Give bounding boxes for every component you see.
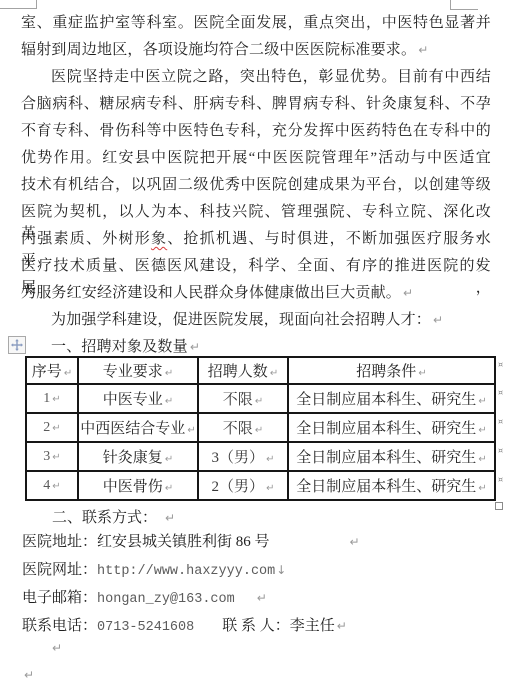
email-label: 电子邮箱： [22, 590, 97, 606]
pilcrow-mark: ↵ [270, 368, 278, 379]
person-value: 李主任 [290, 618, 335, 634]
pilcrow-mark: ↵ [433, 313, 443, 327]
body-line: 为服务红安经济建设和人民群众身体健康做出巨大贡献。↵ [21, 282, 491, 304]
address-value: 红安县城关镇胜利街 86 号 [97, 534, 270, 550]
pilcrow-mark: ↵ [478, 483, 486, 494]
cell-major: 针灸康复↵ [78, 442, 198, 471]
pilcrow-mark: ↵ [418, 43, 428, 57]
pilcrow-mark: ↵ [52, 394, 60, 405]
cell-count: 2（男）↵ [198, 471, 288, 500]
cell-condition: 全日制应届本科生、研究生↵ [288, 413, 495, 442]
pilcrow-mark: ↵ [257, 591, 267, 605]
pilcrow-mark: ↵ [187, 425, 195, 436]
pilcrow-mark: ↵ [165, 368, 173, 379]
header-cell-condition: 招聘条件↵ [288, 357, 495, 384]
table-row: 1↵ 中医专业↵ 不限↵ 全日制应届本科生、研究生↵ [26, 384, 495, 413]
pilcrow-mark: ↵ [418, 368, 426, 379]
pilcrow-mark: ↵ [64, 368, 72, 379]
move-arrows-icon [11, 339, 23, 351]
cell-number: 4↵ [26, 471, 78, 500]
body-line: 合脑病科、糖尿病专科、肝病专科、脾胃病专科、针灸康复科、不孕 [21, 93, 491, 115]
cell-count: 3（男）↵ [198, 442, 288, 471]
spellcheck-underlined-text: 象 [151, 231, 167, 247]
pilcrow-mark: ↵ [266, 454, 274, 465]
body-line: 技术有机结合，以巩固二级优秀中医院创建成果为平台，以创建等级 [21, 174, 491, 196]
row-end-mark: ¤ [498, 388, 503, 397]
header-cell-count: 招聘人数↵ [198, 357, 288, 384]
contact-website-line: 医院网址：http://www.haxzyyy.com↓ [22, 559, 286, 581]
table-move-handle[interactable] [8, 336, 26, 354]
phone-value: 0713-5241608 [97, 620, 194, 635]
person-label: 联 系 人： [222, 618, 290, 634]
cell-condition: 全日制应届本科生、研究生↵ [288, 442, 495, 471]
body-line: 医院坚持走中医立院之路，突出特色，彰显优势。目前有中西结 [21, 66, 491, 88]
pilcrow-mark: ↵ [255, 425, 263, 436]
header-cell-major: 专业要求↵ [78, 357, 198, 384]
table-resize-handle[interactable] [495, 502, 503, 510]
table-row: 4↵ 中医骨伤↵ 2（男）↵ 全日制应届本科生、研究生↵ [26, 471, 495, 500]
table-row: 3↵ 针灸康复↵ 3（男）↵ 全日制应届本科生、研究生↵ [26, 442, 495, 471]
email-value: hongan_zy@163.com [97, 592, 235, 607]
pilcrow-mark: ↵ [255, 396, 263, 407]
body-line: 内强素质、外树形象、抢抓机遇、与时俱进，不断加强医疗服务水平、 [21, 228, 491, 250]
cell-number: 1↵ [26, 384, 78, 413]
pilcrow-mark: ↵ [190, 340, 200, 354]
body-line: 优势作用。红安县中医院把开展“中医医院管理年”活动与中医适宜 [21, 147, 491, 169]
cell-number: 3↵ [26, 442, 78, 471]
pilcrow-mark: ↵ [52, 481, 60, 492]
pilcrow-mark: ↵ [24, 668, 34, 682]
cell-condition: 全日制应届本科生、研究生↵ [288, 384, 495, 413]
cell-major: 中医骨伤↵ [78, 471, 198, 500]
cell-count: 不限↵ [198, 413, 288, 442]
table-row: 2↵ 中西医结合专业↵ 不限↵ 全日制应届本科生、研究生↵ [26, 413, 495, 442]
contact-phone-line: 联系电话：0713-5241608联 系 人：李主任↵ [22, 615, 347, 637]
table-header-row: 序号↵ 专业要求↵ 招聘人数↵ 招聘条件↵ [26, 357, 495, 384]
address-label: 医院地址： [22, 534, 97, 550]
pilcrow-mark: ↵ [478, 454, 486, 465]
pilcrow-mark: ↵ [478, 396, 486, 407]
pilcrow-mark: ↵ [337, 619, 347, 633]
pilcrow-mark: ↵ [165, 511, 175, 525]
website-label: 医院网址： [22, 562, 97, 578]
row-end-mark: ¤ [498, 446, 503, 455]
pilcrow-mark: ↵ [165, 396, 173, 407]
body-line: 医疗技术质量、医德医风建设，科学、全面、有序的推进医院的发展， [21, 255, 491, 277]
pilcrow-mark: ↵ [165, 483, 173, 494]
contact-address-line: 医院地址：红安县城关镇胜利街 86 号↵ [22, 531, 360, 553]
pilcrow-mark: ↵ [403, 286, 413, 300]
body-line: 不育专科、骨伤科等中医特色专科，充分发挥中医药特色在专科中的 [21, 120, 491, 142]
pilcrow-mark: ↵ [52, 423, 60, 434]
body-line: 室、重症监护室等科室。医院全面发展，重点突出，中医特色显著并 [21, 12, 491, 34]
website-url: http://www.haxzyyy.com [97, 564, 275, 579]
section-heading-2: 二、联系方式：↵ [52, 507, 175, 529]
section-heading-1: 一、招聘对象及数量↵ [21, 336, 491, 358]
cell-major: 中医专业↵ [78, 384, 198, 413]
word-document-page: 室、重症监护室等科室。医院全面发展，重点突出，中医特色显著并 辐射到周边地区，各… [0, 0, 509, 686]
phone-label: 联系电话： [22, 618, 97, 634]
body-line: 为加强学科建设，促进医院发展，现面向社会招聘人才：↵ [21, 309, 491, 331]
linebreak-mark: ↓ [276, 563, 286, 577]
pilcrow-mark: ↵ [165, 454, 173, 465]
pilcrow-mark: ↵ [478, 425, 486, 436]
row-end-mark: ¤ [498, 360, 503, 369]
crop-mark-top-right-h [450, 9, 478, 10]
pilcrow-mark: ↵ [350, 535, 360, 549]
recruitment-table: 序号↵ 专业要求↵ 招聘人数↵ 招聘条件↵ 1↵ 中医专业↵ 不限↵ 全日制应届… [25, 356, 496, 501]
cell-condition: 全日制应届本科生、研究生↵ [288, 471, 495, 500]
body-line: 医院为契机，以人为本、科技兴院、管理强院、专科立院、深化改革、 [21, 201, 491, 223]
cell-major: 中西医结合专业↵ [78, 413, 198, 442]
pilcrow-mark: ↵ [52, 641, 62, 655]
pilcrow-mark: ↵ [52, 452, 60, 463]
pilcrow-mark: ↵ [266, 483, 274, 494]
crop-mark-top-left-h [0, 8, 37, 9]
row-end-mark: ¤ [498, 417, 503, 426]
row-end-mark: ¤ [498, 475, 503, 484]
body-line: 辐射到周边地区，各项设施均符合二级中医医院标准要求。↵ [21, 39, 491, 61]
contact-email-line: 电子邮箱：hongan_zy@163.com↵ [22, 587, 267, 609]
header-cell-number: 序号↵ [26, 357, 78, 384]
cell-count: 不限↵ [198, 384, 288, 413]
cell-number: 2↵ [26, 413, 78, 442]
crop-mark-top-left-v [36, 0, 37, 9]
